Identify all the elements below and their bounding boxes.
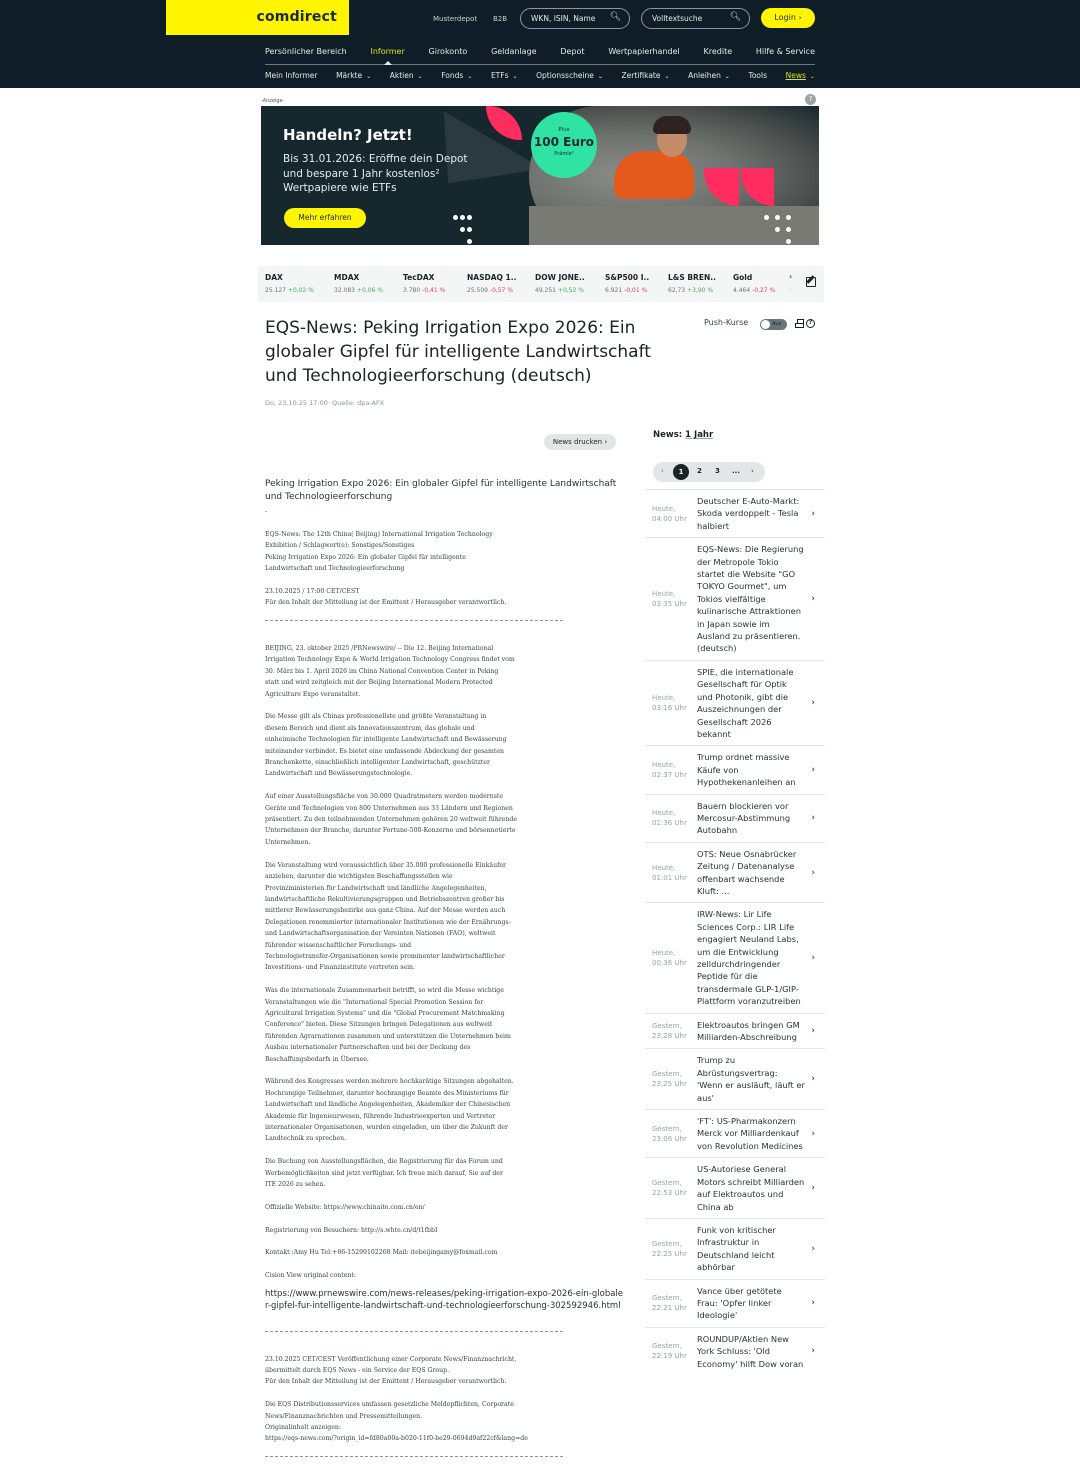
- divider: [265, 1456, 563, 1457]
- ticker-name: TecDAX: [403, 273, 445, 282]
- paragraph: Was die internationale Zusammenarbeit be…: [265, 985, 625, 1065]
- ticker-item-dax[interactable]: DAX 25.127 +0,02 %: [265, 273, 314, 294]
- chevron-down-icon: ⌄: [366, 73, 371, 80]
- nav-depot[interactable]: Depot: [560, 47, 584, 56]
- subnav-label: Aktien: [390, 71, 414, 80]
- paragraph: -: [265, 506, 625, 517]
- ticker-name: NASDAQ 1..: [467, 273, 516, 282]
- subnav-tools[interactable]: Tools: [749, 71, 767, 80]
- ticker-item-gold[interactable]: Gold 4.464 -0,27 %: [733, 273, 775, 294]
- ticker-value: 32.083: [334, 287, 355, 294]
- ticker-change: -0,41 %: [422, 287, 445, 294]
- ad-dot: [764, 215, 769, 220]
- fulltext-placeholder: Volltextsuche: [652, 14, 702, 23]
- news-headline: Deutscher E-Auto-Markt: Skoda verdoppelt…: [697, 495, 805, 532]
- subnav-label: Tools: [749, 71, 767, 80]
- news-headline: Funk von kritischer Infrastruktur in Deu…: [697, 1224, 805, 1274]
- ticker-item-tecdax[interactable]: TecDAX 3.780 -0,41 %: [403, 273, 445, 294]
- b2b-link[interactable]: B2B: [493, 15, 507, 23]
- chevron-right-icon: ›: [811, 1244, 815, 1254]
- nav-hilfe-service[interactable]: Hilfe & Service: [756, 47, 815, 56]
- ad-label: -Anzeige-: [261, 98, 284, 104]
- fulltext-search-input[interactable]: Volltextsuche 🔍︎: [641, 8, 750, 29]
- news-headline: Bauern blockieren vor Mercosur-Abstimmun…: [697, 800, 805, 837]
- ad-photo-floor: [529, 206, 819, 245]
- paragraph: EQS-News: The 12th China( Beijing) Inter…: [265, 529, 625, 575]
- ad-dot: [460, 227, 465, 232]
- news-sidebar-title: News: 1 Jahr: [653, 430, 713, 440]
- news-list-item[interactable]: Gestern, 23:28 UhrElektroautos bringen G…: [645, 1013, 825, 1049]
- ticker-value: 3.780: [403, 287, 420, 294]
- ad-text: Bis 31.01.2026: Eröffne dein Depot und b…: [283, 152, 473, 196]
- chevron-right-icon: ›: [811, 1129, 815, 1139]
- paragraph: Die Buchung von Ausstellungsflächen, die…: [265, 1156, 625, 1190]
- ticker-name: MDAX: [334, 273, 383, 282]
- main-nav: Persönlicher Bereich Informer Girokonto …: [265, 47, 815, 56]
- market-ticker: DAX 25.127 +0,02 % MDAX 32.083 +0,06 % T…: [258, 266, 824, 302]
- ad-dot: [786, 227, 791, 232]
- news-list-item[interactable]: Gestern, 22:21 UhrVance über getötete Fr…: [645, 1279, 825, 1327]
- active-nav-caret: [384, 61, 392, 65]
- push-kurse-toggle[interactable]: Aus: [760, 319, 787, 330]
- news-headline: 'FT': US-Pharmakonzern Merck vor Milliar…: [697, 1115, 805, 1152]
- ad-dot: [453, 215, 458, 220]
- badge-top: Plus: [531, 127, 597, 133]
- subnav-label: Zertifikate: [622, 71, 661, 80]
- news-list-item[interactable]: Heute, 03:35 UhrEQS-News: Die Regierung …: [645, 537, 825, 660]
- chevron-right-icon: ›: [811, 509, 815, 519]
- ticker-name: S&P500 I..: [605, 273, 649, 282]
- ticker-item-mdax[interactable]: MDAX 32.083 +0,06 %: [334, 273, 383, 294]
- chevron-right-icon: ›: [811, 868, 815, 878]
- ticker-change: +0,52 %: [558, 287, 584, 294]
- subnav-label: Mein Informer: [265, 71, 317, 80]
- chevron-right-icon: ›: [811, 1298, 815, 1308]
- chevron-right-icon: ›: [811, 813, 815, 823]
- news-time: Heute, 03:35 Uhr: [652, 589, 694, 609]
- news-time: Gestern, 22:25 Uhr: [652, 1239, 694, 1259]
- ticker-value: 62,73: [668, 287, 685, 294]
- ticker-value: 49.251: [535, 287, 556, 294]
- pager-page-1[interactable]: 1: [673, 464, 689, 480]
- divider: [265, 620, 563, 621]
- news-list-item[interactable]: Heute, 02:37 UhrTrump ordnet massive Käu…: [645, 745, 825, 793]
- news-print-button[interactable]: News drucken ›: [544, 434, 616, 450]
- subnav-etfs[interactable]: ETFs⌄: [491, 71, 518, 80]
- ad-dot: [467, 239, 472, 244]
- news-list-item[interactable]: Heute, 01:01 UhrOTS: Neue Osnabrücker Ze…: [645, 842, 825, 903]
- subnav-news[interactable]: News⌄: [786, 71, 815, 80]
- subnav-optionsscheine[interactable]: Optionsscheine⌄: [536, 71, 603, 80]
- news-headline: ROUNDUP/Aktien New York Schluss: 'Old Ec…: [697, 1333, 805, 1370]
- paragraph: Die EQS Distributionsservices umfassen g…: [265, 1399, 625, 1445]
- pager-page-2[interactable]: 2: [697, 467, 702, 475]
- ad-dot: [775, 227, 780, 232]
- login-button[interactable]: Login ›: [761, 8, 815, 28]
- chevron-right-icon: ›: [811, 1183, 815, 1193]
- site-header: comdirect Musterdepot B2B WKN, ISIN, Nam…: [0, 0, 1080, 88]
- subnav-label: Optionsscheine: [536, 71, 594, 80]
- subnav-zertifikate[interactable]: Zertifikate⌄: [622, 71, 670, 80]
- search-icon[interactable]: 🔍︎: [730, 12, 741, 22]
- sub-nav: Mein Informer Märkte⌄ Aktien⌄ Fonds⌄ ETF…: [265, 71, 815, 80]
- news-time: Heute, 01:36 Uhr: [652, 808, 694, 828]
- news-headline: Elektroautos bringen GM Milliarden-Absch…: [697, 1019, 805, 1044]
- article-lead: Peking Irrigation Expo 2026: Ein globale…: [265, 478, 620, 504]
- news-time: Heute, 00:36 Uhr: [652, 948, 694, 968]
- nav-girokonto[interactable]: Girokonto: [429, 47, 468, 56]
- chevron-down-icon: ⌄: [418, 73, 423, 80]
- article-body: - EQS-News: The 12th China( Beijing) Int…: [265, 506, 625, 1474]
- chevron-down-icon: ⌄: [664, 73, 669, 80]
- search-icon[interactable]: 🔍︎: [610, 12, 621, 22]
- nav-informer[interactable]: Informer: [370, 47, 404, 56]
- badge-main: 100 Euro: [531, 135, 597, 149]
- nav-divider: [265, 64, 815, 65]
- ticker-name: DOW JONE..: [535, 273, 585, 282]
- ticker-item-brent[interactable]: L&S BREN.. 62,73 +3,90 %: [668, 273, 716, 294]
- contact-info: Kontakt :Amy Hu Tel:+86-15299102268 Mail…: [265, 1247, 625, 1258]
- ticker-name: L&S BREN..: [668, 273, 716, 282]
- news-list-item[interactable]: Gestern, 22:19 UhrROUNDUP/Aktien New Yor…: [645, 1327, 825, 1375]
- ticker-item-sp500[interactable]: S&P500 I.. 6.921 -0,01 %: [605, 273, 649, 294]
- ad-title: Handeln? Jetzt!: [283, 126, 413, 144]
- subnav-label: Märkte: [336, 71, 362, 80]
- subnav-aktien[interactable]: Aktien⌄: [390, 71, 423, 80]
- chevron-right-icon: ›: [811, 594, 815, 604]
- news-list-item[interactable]: Gestern, 22:25 UhrFunk von kritischer In…: [645, 1218, 825, 1279]
- chevron-right-icon: ›: [811, 1346, 815, 1356]
- logo-text: comdirect: [256, 9, 337, 25]
- ticker-change: -0,27 %: [752, 287, 775, 294]
- news-time: Gestern, 23:25 Uhr: [652, 1069, 694, 1089]
- search-placeholder: WKN, ISIN, Name: [531, 14, 595, 23]
- news-headline: IRW-News: Lir Life Sciences Corp.: LIR L…: [697, 908, 805, 1007]
- news-time: Heute, 02:37 Uhr: [652, 760, 694, 780]
- paragraph: 23.10.2025 CET/CEST Veröffentlichung ein…: [265, 1354, 625, 1388]
- nav-persoenlicher-bereich[interactable]: Persönlicher Bereich: [265, 47, 347, 56]
- news-list-item[interactable]: Heute, 04:00 UhrDeutscher E-Auto-Markt: …: [645, 489, 825, 537]
- news-list-item[interactable]: Heute, 00:36 UhrIRW-News: Lir Life Scien…: [645, 902, 825, 1012]
- chevron-right-icon: ›: [811, 765, 815, 775]
- news-headline: Trump ordnet massive Käufe von Hypotheke…: [697, 751, 805, 788]
- chevron-right-icon: ›: [811, 953, 815, 963]
- ticker-change: +0,02 %: [288, 287, 314, 294]
- help-icon[interactable]: ?: [806, 319, 815, 328]
- pager-page-3[interactable]: 3: [715, 467, 720, 475]
- ad-dot: [460, 215, 465, 220]
- pager-more[interactable]: ...: [732, 467, 740, 475]
- news-headline: Vance über getötete Frau: 'Opfer linker …: [697, 1285, 805, 1322]
- ticker-item-dow-jones[interactable]: DOW JONE.. 49.251 +0,52 %: [535, 273, 585, 294]
- ad-info-icon[interactable]: ?: [805, 94, 816, 105]
- news-headline: SPIE, die internationale Gesellschaft fü…: [697, 666, 805, 740]
- badge-bottom: Prämie²: [531, 151, 597, 157]
- ad-dot: [786, 215, 791, 220]
- ad-banner[interactable]: Handeln? Jetzt! Bis 31.01.2026: Eröffne …: [261, 106, 819, 245]
- ticker-change: +0,06 %: [357, 287, 383, 294]
- chevron-down-icon: ⌄: [725, 73, 730, 80]
- ad-decoration: [486, 106, 522, 140]
- divider: [265, 1331, 563, 1332]
- news-time: Gestern, 22:53 Uhr: [652, 1178, 694, 1198]
- nav-kredite[interactable]: Kredite: [704, 47, 733, 56]
- subnav-fonds[interactable]: Fonds⌄: [441, 71, 472, 80]
- news-list-item[interactable]: Gestern, 23:06 Uhr'FT': US-Pharmakonzern…: [645, 1109, 825, 1157]
- news-time: Gestern, 23:06 Uhr: [652, 1124, 694, 1144]
- subnav-label: News: [786, 71, 806, 80]
- ad-photo-figure: [614, 151, 694, 199]
- musterdepot-link[interactable]: Musterdepot: [433, 15, 477, 23]
- ad-dot: [467, 215, 472, 220]
- news-headline: EQS-News: Die Regierung der Metropole To…: [697, 543, 805, 655]
- subnav-label: Fonds: [441, 71, 463, 80]
- ad-dot: [467, 227, 472, 232]
- paragraph: BEIJING, 23. oktober 2025 /PRNewswire/ -…: [265, 643, 625, 700]
- nav-wertpapierhandel[interactable]: Wertpapierhandel: [608, 47, 679, 56]
- source-url-link[interactable]: https://www.prnewswire.com/news-releases…: [265, 1288, 625, 1313]
- ticker-value: 4.464: [733, 287, 750, 294]
- logo[interactable]: comdirect: [166, 0, 349, 35]
- paragraph: Während des Kongresses werden mehrere ho…: [265, 1076, 625, 1144]
- chevron-down-icon: ⌄: [598, 73, 603, 80]
- news-time: Gestern, 22:21 Uhr: [652, 1293, 694, 1313]
- news-list-item[interactable]: Gestern, 23:25 UhrTrump zu Abrüstungsver…: [645, 1048, 825, 1109]
- pager-prev-button[interactable]: ‹: [661, 467, 664, 475]
- news-list-item[interactable]: Gestern, 22:53 UhrUS-Autoriese General M…: [645, 1157, 825, 1218]
- paragraph: Die Veranstaltung wird voraussichtlich ü…: [265, 860, 625, 974]
- website-link[interactable]: Offizielle Website: https://www.chinaite…: [265, 1202, 625, 1213]
- subnav-label: ETFs: [491, 71, 509, 80]
- ad-bonus-badge: Plus 100 Euro Prämie²: [531, 112, 597, 178]
- toggle-knob: [761, 320, 770, 329]
- news-time: Heute, 04:00 Uhr: [652, 504, 694, 524]
- news-time: Heute, 01:01 Uhr: [652, 863, 694, 883]
- chevron-down-icon: ⌄: [810, 73, 815, 80]
- news-time: Heute, 03:16 Uhr: [652, 693, 694, 713]
- ticker-item-nasdaq[interactable]: NASDAQ 1.. 25.509 -0,57 %: [467, 273, 516, 294]
- news-time: Gestern, 23:28 Uhr: [652, 1021, 694, 1041]
- news-headline: Trump zu Abrüstungsvertrag: 'Wenn er aus…: [697, 1054, 805, 1104]
- chevron-left-icon[interactable]: ‹: [789, 286, 792, 294]
- ad-photo-hair: [653, 116, 691, 134]
- news-time: Gestern, 22:19 Uhr: [652, 1341, 694, 1361]
- article-meta: Do, 23.10.25 17:00· Quelle: dpa-AFX: [265, 399, 384, 407]
- chevron-right-icon[interactable]: ›: [789, 272, 792, 281]
- ticker-change: +3,90 %: [687, 287, 713, 294]
- paragraph: Cision View original content:: [265, 1270, 625, 1281]
- ad-dot: [775, 215, 780, 220]
- ticker-name: DAX: [265, 273, 314, 282]
- subnav-mein-informer[interactable]: Mein Informer: [265, 71, 317, 80]
- paragraph: 23.10.2025 / 17:00 CET/CEST Für den Inha…: [265, 586, 625, 609]
- toggle-state: Aus: [772, 321, 781, 327]
- registration-link[interactable]: Registrierung von Besuchern: http://s.wh…: [265, 1225, 625, 1236]
- period-selector[interactable]: 1 Jahr: [685, 430, 713, 440]
- chevron-right-icon: ›: [811, 1074, 815, 1084]
- push-kurse-label: Push-Kurse: [704, 318, 748, 327]
- ticker-value: 6.921: [605, 287, 622, 294]
- chevron-right-icon: ›: [811, 1026, 815, 1036]
- subnav-label: Anleihen: [688, 71, 721, 80]
- news-headline: OTS: Neue Osnabrücker Zeitung / Datenana…: [697, 848, 805, 898]
- ad-dot: [786, 239, 791, 244]
- ticker-value: 25.127: [265, 287, 286, 294]
- chevron-down-icon: ⌄: [512, 73, 517, 80]
- ticker-value: 25.509: [467, 287, 488, 294]
- paragraph: Die Messe gilt als Chinas professionells…: [265, 711, 625, 779]
- paragraph: Auf einer Ausstellungsfläche von 30.000 …: [265, 791, 625, 848]
- edit-icon[interactable]: [806, 277, 816, 287]
- news-list-item[interactable]: Heute, 03:16 UhrSPIE, die internationale…: [645, 660, 825, 745]
- ticker-change: -0,57 %: [490, 287, 513, 294]
- subnav-maerkte[interactable]: Märkte⌄: [336, 71, 371, 80]
- ad-cta-button[interactable]: Mehr erfahren: [284, 208, 366, 228]
- ticker-change: -0,01 %: [624, 287, 647, 294]
- article-title: EQS-News: Peking Irrigation Expo 2026: E…: [265, 316, 660, 388]
- news-list-item[interactable]: Heute, 01:36 UhrBauern blockieren vor Me…: [645, 794, 825, 842]
- news-headline: US-Autoriese General Motors schreibt Mil…: [697, 1163, 805, 1213]
- news-pagination: ‹ 1 2 3 ... ›: [653, 462, 765, 482]
- pager-next-button[interactable]: ›: [751, 467, 754, 475]
- title-prefix: News:: [653, 430, 685, 440]
- subnav-anleihen[interactable]: Anleihen⌄: [688, 71, 730, 80]
- chevron-right-icon: ›: [811, 698, 815, 708]
- wkn-search-input[interactable]: WKN, ISIN, Name 🔍︎: [520, 8, 630, 29]
- chevron-down-icon: ⌄: [467, 73, 472, 80]
- print-icon[interactable]: [795, 319, 804, 328]
- news-list: Heute, 04:00 UhrDeutscher E-Auto-Markt: …: [645, 489, 825, 1375]
- nav-geldanlage[interactable]: Geldanlage: [491, 47, 537, 56]
- ticker-name: Gold: [733, 273, 775, 282]
